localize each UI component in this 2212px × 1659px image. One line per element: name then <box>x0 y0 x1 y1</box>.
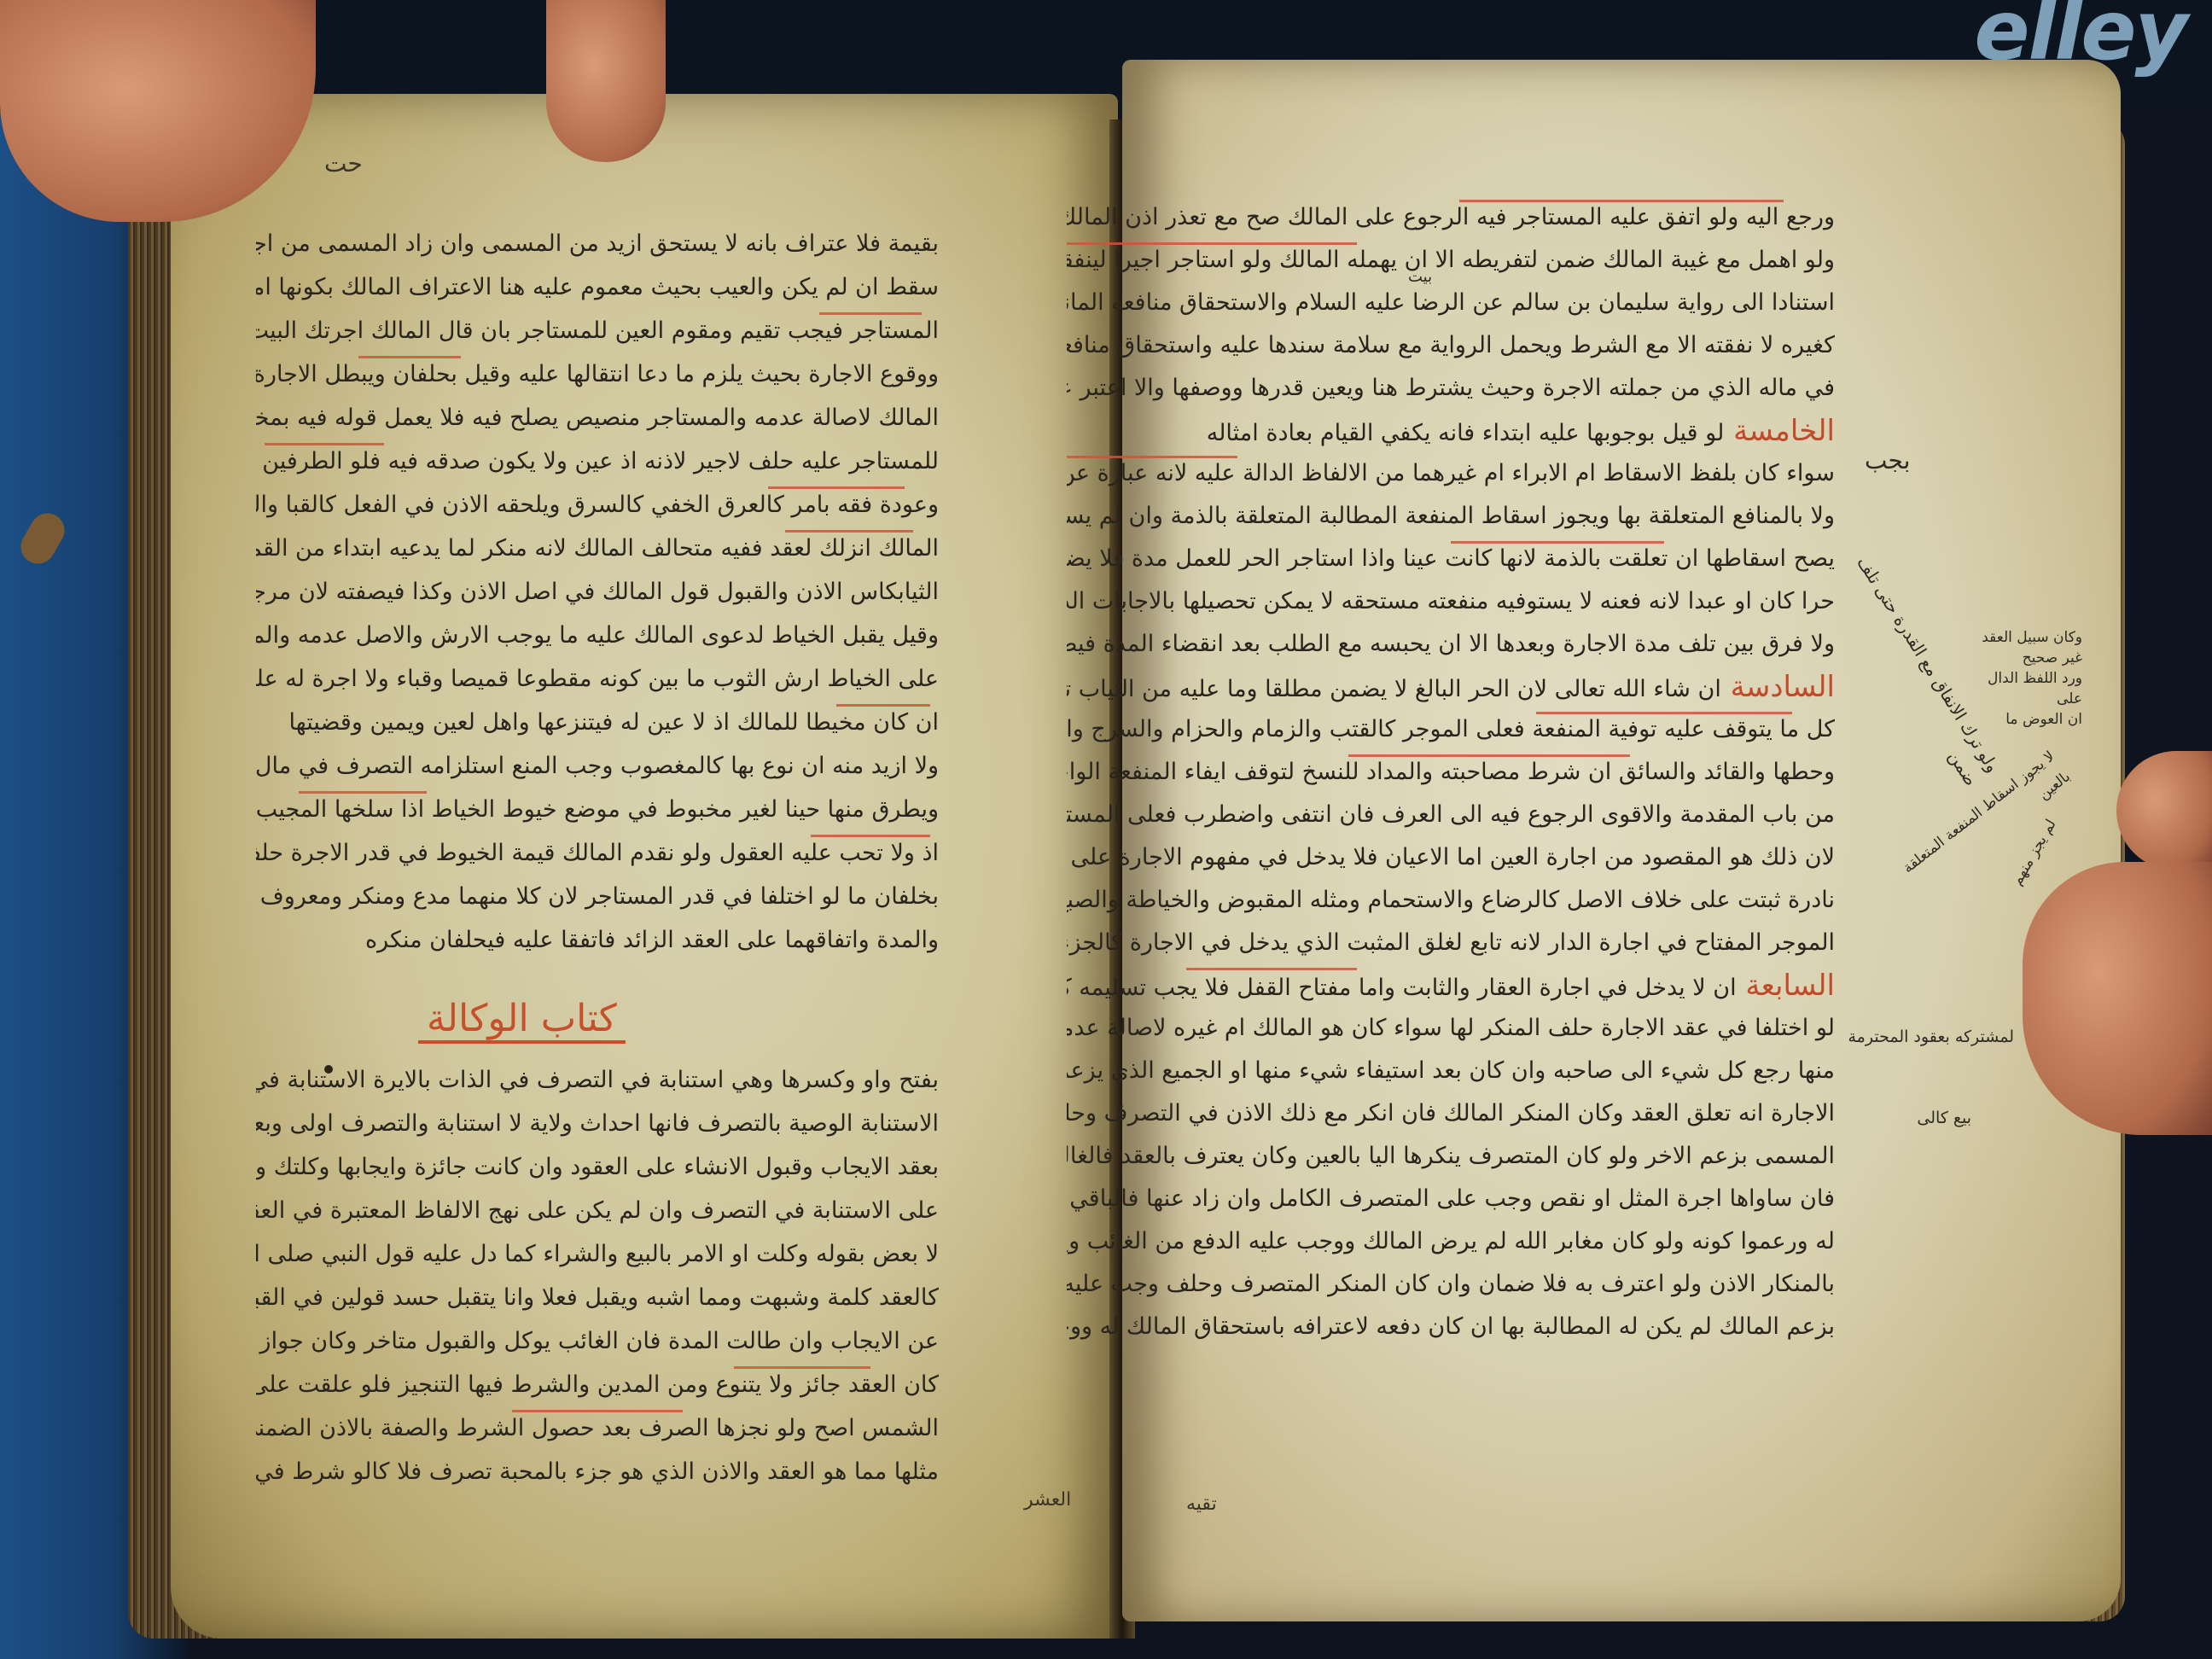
text-line: سقط ان لم يكن والعيب بحيث معموم عليه هنا… <box>256 265 939 309</box>
text-line: لا بعض بقوله وكلت او الامر بالبيع والشرا… <box>256 1232 939 1276</box>
left-page-text-after-heading: بفتح واو وكسرها وهي استنابة في التصرف في… <box>256 1058 939 1493</box>
line-text: لو قيل بوجوبها عليه ابتداء فانه يكفي الق… <box>1207 420 1725 446</box>
left-page-catchword: العشر <box>1024 1489 1071 1511</box>
line-text: منها رجع كل شيء الى صاحبه وان كان بعد اس… <box>1067 1057 1835 1084</box>
text-line: في ماله الذي من جملته الاجرة وحيث يشترط … <box>1067 367 1835 410</box>
line-text: بالمنكار الاذن ولو اعترف به فلا ضمان وان… <box>1067 1271 1835 1297</box>
line-text: ووقوع الاجارة بحيث يلزم ما دعا انتقالها … <box>256 361 939 387</box>
line-text: وعودة فقه بامر كالعرق الخفي كالسرق ويلحق… <box>256 492 939 518</box>
line-text: المسمى بزعم الاخر ولو كان المتصرف ينكرها… <box>1067 1143 1835 1169</box>
text-line: فان ساواها اجرة المثل او نقص وجب على الم… <box>1067 1178 1835 1220</box>
line-text: سقط ان لم يكن والعيب بحيث معموم عليه هنا… <box>256 274 939 300</box>
line-text: كل ما يتوقف عليه توفية المنفعة فعلى المو… <box>1067 716 1835 742</box>
text-line: وقيل يقبل الخياط لدعوى المالك عليه ما يو… <box>256 614 939 657</box>
text-line: يصح اسقاطها ان تعلقت بالذمة لانها كانت ع… <box>1067 538 1835 580</box>
line-text: كغيره لا نفقته الا مع الشرط ويحمل الرواي… <box>1067 332 1835 358</box>
red-overline <box>358 356 461 358</box>
line-text: بزعم المالك لم يكن له المطالبة بها ان كا… <box>1067 1313 1835 1340</box>
text-line: على الخياط ارش الثوب ما بين كونه مقطوعا … <box>256 657 939 701</box>
line-text: وحطها والقائد والسائق ان شرط مصاحبته وال… <box>1067 759 1835 785</box>
line-text: ويطرق منها حينا لغير مخبوط في موضع خيوط … <box>256 796 939 823</box>
text-line: ولا فرق بين تلف مدة الاجارة وبعدها الا ا… <box>1067 623 1835 666</box>
line-text: بفتح واو وكسرها وهي استنابة في التصرف في… <box>256 1067 939 1093</box>
text-line: عن الايجاب وان طالت المدة فان الغائب يوك… <box>256 1319 939 1363</box>
text-line: والمدة واتفاقهما على العقد الزائد فاتفقا… <box>256 918 939 962</box>
line-text: لو اختلفا في عقد الاجارة حلف المنكر لها … <box>1067 1015 1835 1041</box>
margin-note-line: وكان سبيل العقد غير صحيح <box>1963 627 2082 668</box>
rubric-label: السابعة <box>1737 969 1835 1003</box>
line-text: للمستاجر عليه حلف لاجير لاذنه اذ عين ولا… <box>256 448 939 474</box>
line-text: على الاستنابة في التصرف وان لم يكن على ن… <box>256 1197 939 1224</box>
text-line: وحطها والقائد والسائق ان شرط مصاحبته وال… <box>1067 751 1835 794</box>
text-line: ان كان مخيطا للمالك اذ لا عين له فيتنزعه… <box>256 701 939 744</box>
line-text: بخلفان ما لو اختلفا في قدر المستاجر لان … <box>256 883 939 910</box>
text-line: منها رجع كل شيء الى صاحبه وان كان بعد اس… <box>1067 1050 1835 1092</box>
red-overline <box>512 1410 683 1412</box>
text-line: مثلها مما هو العقد والاذن الذي هو جزء با… <box>256 1450 939 1493</box>
red-overline <box>836 704 930 707</box>
line-text: نادرة ثبتت على خلاف الاصل كالرضاع والاست… <box>1067 887 1835 913</box>
text-line: بعقد الايجاب وقبول الانشاء على العقود وا… <box>256 1145 939 1189</box>
margin-note-block: وكان سبيل العقد غير صحيح ورد اللفظ الدال… <box>1963 627 2082 730</box>
red-overline <box>299 791 427 794</box>
text-line: له ورعموا كونه ولو كان مغابر الله لم يرض… <box>1067 1220 1835 1263</box>
rubric-label: السادسة <box>1721 670 1835 704</box>
line-text: وقيل يقبل الخياط لدعوى المالك عليه ما يو… <box>256 622 939 649</box>
line-text: الشمس اصح ولو نجزها الصرف بعد حصول الشرط… <box>256 1415 939 1441</box>
line-text: ولا بالمنافع المتعلقة بها ويجوز اسقاط ال… <box>1067 503 1835 529</box>
rubric-label: الخامسة <box>1724 414 1835 448</box>
red-overline <box>811 835 930 837</box>
red-overline <box>265 443 384 445</box>
text-line: لو اختلفا في عقد الاجارة حلف المنكر لها … <box>1067 1007 1835 1050</box>
red-overline <box>1186 968 1357 970</box>
text-line: من باب المقدمة والاقوى الرجوع فيه الى ال… <box>1067 794 1835 836</box>
line-text: لان ذلك هو المقصود من اجارة العين اما ال… <box>1067 844 1835 870</box>
text-line: ولا بالمنافع المتعلقة بها ويجوز اسقاط ال… <box>1067 495 1835 538</box>
text-line: بخلفان ما لو اختلفا في قدر المستاجر لان … <box>256 875 939 918</box>
text-line: المالك لاصالة عدمه والمستاجر منصيص يصلح … <box>256 396 939 439</box>
left-page-text: بقيمة فلا عتراف بانه لا يستحق ازيد من ال… <box>256 222 939 962</box>
ink-dot <box>324 1065 333 1074</box>
text-line: الموجر المفتاح في اجارة الدار لانه تابع … <box>1067 922 1835 964</box>
text-line: المسمى بزعم الاخر ولو كان المتصرف ينكرها… <box>1067 1135 1835 1178</box>
right-page-catchword: تقيه <box>1186 1493 1217 1515</box>
line-text: والمدة واتفاقهما على العقد الزائد فاتفقا… <box>365 927 939 953</box>
text-line: بقيمة فلا عتراف بانه لا يستحق ازيد من ال… <box>256 222 939 265</box>
line-text: في ماله الذي من جملته الاجرة وحيث يشترط … <box>1067 375 1835 401</box>
text-line: كان العقد جائز ولا يتنوع ومن المدين والش… <box>256 1363 939 1406</box>
margin-note-lower-2: بيع كالى <box>1886 1105 1971 1131</box>
line-text: على الخياط ارش الثوب ما بين كونه مقطوعا … <box>256 666 939 692</box>
text-line: الخامسة لو قيل بوجوبها عليه ابتداء فانه … <box>1067 410 1835 452</box>
text-line: للمستاجر عليه حلف لاجير لاذنه اذ عين ولا… <box>256 439 939 483</box>
text-line: ورجع اليه ولو اتفق عليه المستاجر فيه الر… <box>1067 196 1835 239</box>
text-line: وعودة فقه بامر كالعرق الخفي كالسرق ويلحق… <box>256 483 939 527</box>
left-page-corner-mark: حت <box>324 149 363 178</box>
text-line: الاستنابة الوصية بالتصرف فانها احداث ولا… <box>256 1102 939 1145</box>
line-text: المستاجر فيجب تقيم ومقوم العين للمستاجر … <box>256 317 939 344</box>
text-line: الاجارة انه تعلق العقد وكان المنكر المال… <box>1067 1092 1835 1135</box>
line-text: مثلها مما هو العقد والاذن الذي هو جزء با… <box>256 1458 939 1485</box>
line-text: له ورعموا كونه ولو كان مغابر الله لم يرض… <box>1067 1228 1835 1254</box>
red-overline <box>785 530 913 533</box>
text-line: اذ ولا تحب عليه العقول ولو نقدم المالك ق… <box>256 831 939 875</box>
text-line: ووقوع الاجارة بحيث يلزم ما دعا انتقالها … <box>256 352 939 396</box>
red-overline <box>1067 242 1357 245</box>
red-overline <box>1459 200 1784 202</box>
text-line: ويطرق منها حينا لغير مخبوط في موضع خيوط … <box>256 788 939 831</box>
text-line: نادرة ثبتت على خلاف الاصل كالرضاع والاست… <box>1067 879 1835 922</box>
margin-side-mark: بجب <box>1865 448 1910 474</box>
text-line: السادسة ان شاء الله تعالى لان الحر البال… <box>1067 666 1835 708</box>
line-text: لا بعض بقوله وكلت او الامر بالبيع والشرا… <box>256 1241 939 1267</box>
text-line: كل ما يتوقف عليه توفية المنفعة فعلى المو… <box>1067 708 1835 751</box>
text-line: سواء كان بلفظ الاسقاط ام الابراء ام غيره… <box>1067 452 1835 495</box>
text-line: ولا ازيد منه ان نوع بها كالمغصوب وجب الم… <box>256 744 939 788</box>
text-line: المالك انزلك لعقد ففيه متحالف المالك لان… <box>256 527 939 570</box>
right-page-text: ورجع اليه ولو اتفق عليه المستاجر فيه الر… <box>1067 196 1835 1348</box>
margin-note-lower: لمشتركه بعقود المحترمة <box>1843 1024 2014 1050</box>
margin-note-line: ورد اللفظ الدال على <box>1963 668 2082 709</box>
text-line: حرا كان او عبدا لانه فعنه لا يستوفيه منف… <box>1067 580 1835 623</box>
text-line: بالمنكار الاذن ولو اعترف به فلا ضمان وان… <box>1067 1263 1835 1306</box>
text-line: المستاجر فيجب تقيم ومقوم العين للمستاجر … <box>256 309 939 352</box>
line-text: بعقد الايجاب وقبول الانشاء على العقود وا… <box>256 1154 939 1180</box>
line-text: ان كان مخيطا للمالك اذ لا عين له فيتنزعه… <box>289 709 939 736</box>
line-text: الثيابكاس الاذن والقبول قول المالك في اص… <box>256 579 939 605</box>
text-line: بزعم المالك لم يكن له المطالبة بها ان كا… <box>1067 1306 1835 1348</box>
text-line: كالعقد كلمة وشبهت ومما اشبه ويقبل فعلا و… <box>256 1276 939 1319</box>
red-overline <box>1348 754 1630 757</box>
line-text: المالك لاصالة عدمه والمستاجر منصيص يصلح … <box>256 405 939 431</box>
line-text: استنادا الى رواية سليمان بن سالم عن الرض… <box>1067 289 1835 316</box>
text-line: على الاستنابة في التصرف وان لم يكن على ن… <box>256 1189 939 1232</box>
line-text: ولا ازيد منه ان نوع بها كالمغصوب وجب الم… <box>256 753 939 779</box>
text-line: كغيره لا نفقته الا مع الشرط ويحمل الرواي… <box>1067 324 1835 367</box>
text-line: استنادا الى رواية سليمان بن سالم عن الرض… <box>1067 282 1835 324</box>
text-line: بفتح واو وكسرها وهي استنابة في التصرف في… <box>256 1058 939 1102</box>
chapter-heading: كتاب الوكالة <box>418 997 626 1044</box>
red-overline <box>734 1366 870 1369</box>
line-text: ولو اهمل مع غيبة المالك ضمن لتفريطه الا … <box>1067 247 1835 273</box>
red-overline <box>1451 541 1664 544</box>
text-line: الشمس اصح ولو نجزها الصرف بعد حصول الشرط… <box>256 1406 939 1450</box>
red-overline <box>1536 712 1792 714</box>
line-text: حرا كان او عبدا لانه فعنه لا يستوفيه منف… <box>1067 588 1835 614</box>
line-text: سواء كان بلفظ الاسقاط ام الابراء ام غيره… <box>1067 460 1835 486</box>
line-text: ان لا يدخل في اجارة العقار والثابت واما … <box>1067 975 1737 1001</box>
red-overline <box>819 312 922 315</box>
line-text: ولا فرق بين تلف مدة الاجارة وبعدها الا ا… <box>1067 631 1835 657</box>
finger-top <box>546 0 666 162</box>
margin-note-line: ان العوض ما <box>1963 709 2082 730</box>
line-text: كان العقد جائز ولا يتنوع ومن المدين والش… <box>256 1371 939 1398</box>
text-line: السابعة ان لا يدخل في اجارة العقار والثا… <box>1067 964 1835 1007</box>
line-text: عن الايجاب وان طالت المدة فان الغائب يوك… <box>256 1328 939 1354</box>
red-overline <box>1067 456 1237 458</box>
text-line: الثيابكاس الاذن والقبول قول المالك في اص… <box>256 570 939 614</box>
red-overline <box>768 486 905 489</box>
line-text: كالعقد كلمة وشبهت ومما اشبه ويقبل فعلا و… <box>256 1284 939 1311</box>
line-text: المالك انزلك لعقد ففيه متحالف المالك لان… <box>256 535 939 562</box>
line-text: فان ساواها اجرة المثل او نقص وجب على الم… <box>1067 1185 1835 1212</box>
line-text: الاستنابة الوصية بالتصرف فانها احداث ولا… <box>256 1110 939 1137</box>
text-line: لان ذلك هو المقصود من اجارة العين اما ال… <box>1067 836 1835 879</box>
line-text: بقيمة فلا عتراف بانه لا يستحق ازيد من ال… <box>256 230 939 257</box>
line-text: اذ ولا تحب عليه العقول ولو نقدم المالك ق… <box>256 840 939 866</box>
line-text: الموجر المفتاح في اجارة الدار لانه تابع … <box>1067 929 1835 956</box>
line-text: من باب المقدمة والاقوى الرجوع فيه الى ال… <box>1067 801 1835 828</box>
line-text: ورجع اليه ولو اتفق عليه المستاجر فيه الر… <box>1067 204 1835 230</box>
line-text: ان شاء الله تعالى لان الحر البالغ لا يضم… <box>1067 676 1721 702</box>
line-text: يصح اسقاطها ان تعلقت بالذمة لانها كانت ع… <box>1067 545 1835 572</box>
line-text: الاجارة انه تعلق العقد وكان المنكر المال… <box>1067 1100 1835 1126</box>
text-line: ولو اهمل مع غيبة المالك ضمن لتفريطه الا … <box>1067 239 1835 282</box>
